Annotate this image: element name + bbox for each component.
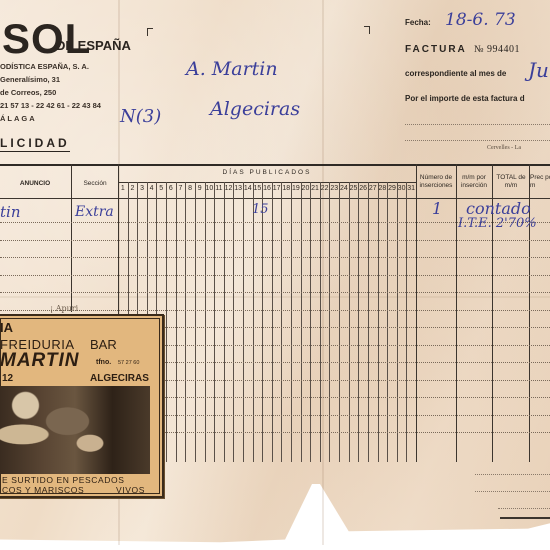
day-column-divider [320, 182, 321, 462]
day-column-divider [214, 182, 215, 462]
day-number: 8 [185, 185, 195, 192]
day-column-divider [310, 182, 311, 462]
reference-code: N(3) [120, 106, 161, 127]
fold-crease [322, 0, 324, 545]
day-number: 28 [378, 185, 388, 192]
row-day-marked: 15 [252, 202, 269, 217]
table-top-border [0, 164, 550, 166]
client-city: Algeciras [210, 98, 300, 120]
day-column-divider [166, 182, 167, 462]
day-column-divider [339, 182, 340, 462]
row-anuncio: tin [0, 203, 21, 221]
day-number: 18 [281, 185, 291, 192]
clipping-line1: IA [0, 320, 13, 335]
column-divider [416, 164, 417, 462]
day-column-divider [205, 182, 206, 462]
day-column-divider [397, 182, 398, 462]
company-address: Generalísimo, 31 [0, 75, 60, 84]
printer-mark: Cervelles - La [487, 145, 521, 151]
clipping-photo [0, 386, 150, 474]
row-inserciones: 1 [432, 199, 442, 218]
day-column-divider [195, 182, 196, 462]
day-number: 13 [233, 185, 243, 192]
total-dotline [475, 491, 550, 492]
day-number: 16 [262, 185, 272, 192]
day-column-divider [253, 182, 254, 462]
fecha-value: 18-6. 73 [445, 10, 516, 30]
day-number: 9 [195, 185, 205, 192]
row-line [165, 380, 550, 381]
header-anuncio: ANUNCIO [0, 180, 70, 188]
clipping-martin: MARTIN [0, 350, 80, 372]
day-number: 1 [118, 185, 128, 192]
row-line [0, 275, 550, 276]
day-number: 31 [406, 185, 416, 192]
day-number: 21 [310, 185, 320, 192]
days-header-divider [118, 182, 416, 183]
day-column-divider [329, 182, 330, 462]
day-column-divider [387, 182, 388, 462]
row-line [165, 362, 550, 363]
day-column-divider [262, 182, 263, 462]
total-dotline [498, 508, 550, 509]
day-column-divider [291, 182, 292, 462]
row-line [0, 240, 550, 241]
day-number: 6 [166, 185, 176, 192]
clipping-above-text: ¡ Apuri. [50, 304, 81, 313]
row-line [165, 415, 550, 416]
clipping-slogan1: E SURTIDO EN PESCADOS [2, 475, 125, 485]
day-number: 20 [301, 185, 311, 192]
day-number: 2 [128, 185, 138, 192]
clipping-bar: BAR [90, 337, 117, 352]
company-phones: 21 57 13 - 22 42 61 - 22 43 84 [0, 101, 101, 110]
company-name: ODÍSTICA ESPAÑA, S. A. [0, 62, 89, 71]
day-column-divider [406, 182, 407, 462]
day-number: 24 [339, 185, 349, 192]
row-line [0, 292, 550, 293]
day-column-divider [185, 182, 186, 462]
clipping-slogan2: COS Y MARISCOS [2, 485, 84, 495]
row-line [165, 432, 550, 433]
row-seccion: Extra [75, 204, 114, 220]
corner-mark [364, 26, 370, 34]
mes-value: Jun [528, 58, 550, 82]
company-city: ÁLAGA [0, 114, 37, 123]
day-number: 14 [243, 185, 253, 192]
day-number: 23 [329, 185, 339, 192]
day-column-divider [358, 182, 359, 462]
day-number: 27 [368, 185, 378, 192]
clipping-number: 12 [2, 373, 13, 384]
header-precio: Prec por m [530, 174, 550, 190]
day-column-divider [233, 182, 234, 462]
column-divider [456, 164, 457, 462]
fold-crease [0, 296, 550, 298]
day-number: 25 [349, 185, 359, 192]
row-line [165, 327, 550, 328]
logo-suffix: DE ESPAÑA [56, 38, 131, 53]
row-line [165, 397, 550, 398]
day-number: 3 [137, 185, 147, 192]
importe-label: Por el importe de esta factura d [405, 94, 525, 103]
amount-dotline [405, 140, 550, 141]
day-column-divider [224, 182, 225, 462]
day-number: 12 [224, 185, 234, 192]
row-line [0, 257, 550, 258]
day-column-divider [281, 182, 282, 462]
day-number: 30 [397, 185, 407, 192]
day-column-divider [243, 182, 244, 462]
row-line [0, 310, 550, 311]
day-number: 11 [214, 185, 224, 192]
department-title: LICIDAD [0, 136, 70, 152]
day-number: 5 [156, 185, 166, 192]
day-column-divider [349, 182, 350, 462]
day-column-divider [301, 182, 302, 462]
corner-mark [147, 28, 153, 36]
day-column-divider [378, 182, 379, 462]
day-number: 4 [147, 185, 157, 192]
day-number: 17 [272, 185, 282, 192]
day-number: 7 [176, 185, 186, 192]
clipping-phone-label: tfno. [96, 359, 111, 366]
day-column-divider [272, 182, 273, 462]
signature-line [500, 517, 550, 519]
client-name: A. Martin [186, 58, 278, 80]
amount-dotline [405, 124, 550, 125]
day-number: 29 [387, 185, 397, 192]
header-total-mm: TOTAL de m/m [493, 174, 529, 190]
total-dotline [475, 474, 550, 475]
day-number: 22 [320, 185, 330, 192]
company-postal: de Correos, 250 [0, 88, 56, 97]
fecha-label: Fecha: [405, 18, 431, 27]
row-note: I.T.E. 2'70% [458, 216, 537, 231]
header-seccion: Sección [72, 180, 118, 188]
clipping-slogan2b: VIVOS [116, 485, 145, 495]
day-column-divider [176, 182, 177, 462]
header-num-inserciones: Número de inserciones [416, 174, 456, 190]
day-number: 26 [358, 185, 368, 192]
newspaper-clipping: IA FREIDURIA BAR MARTIN tfno. 57 27 60 1… [0, 314, 164, 498]
column-divider [71, 164, 72, 312]
mes-label: correspondiente al mes de [405, 69, 506, 78]
day-number: 19 [291, 185, 301, 192]
day-number: 10 [205, 185, 215, 192]
clipping-phone: 57 27 60 [118, 360, 139, 366]
day-number: 15 [253, 185, 263, 192]
factura-number: № 994401 [474, 44, 520, 55]
factura-label: FACTURA [405, 44, 467, 55]
header-mm-insercion: m/m por inserción [456, 174, 492, 190]
row-line [165, 345, 550, 346]
day-column-divider [368, 182, 369, 462]
clipping-city: ALGECIRAS [90, 373, 149, 384]
header-dias-publicados: DÍAS PUBLICADOS [118, 169, 416, 177]
